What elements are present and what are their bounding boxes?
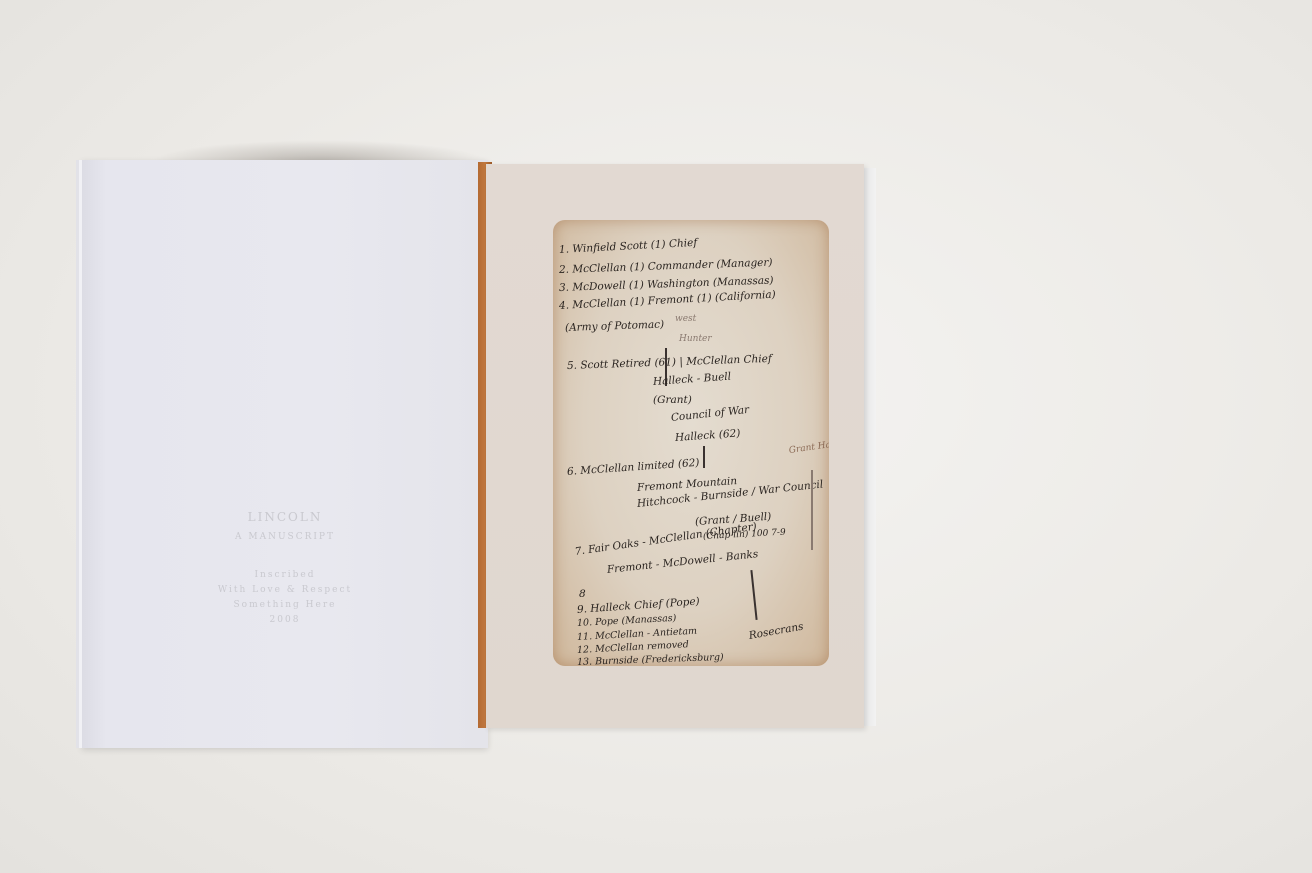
note-line: Fremont - McDowell - Banks [606, 548, 758, 576]
note-annotation: Grant Halleck [788, 437, 829, 456]
ghost-title: LINCOLN [82, 510, 488, 524]
note-line: Hunter [679, 334, 712, 344]
note-line: Rosecrans [748, 621, 804, 642]
ghost-line: With Love & Respect [82, 585, 488, 595]
note-line: 8 [579, 588, 586, 600]
page-shadow [150, 140, 490, 162]
note-line: Council of War [670, 404, 749, 424]
note-line: 5. Scott Retired (61) | McClellan Chief [567, 353, 772, 372]
ghost-line: Something Here [82, 600, 488, 610]
handwritten-note: 1. Winfield Scott (1) Chief 2. McClellan… [553, 220, 829, 666]
note-line: 6. McClellan limited (62) [567, 457, 700, 478]
left-page-blank: LINCOLN A MANUSCRIPT Inscribed With Love… [82, 160, 488, 748]
page-edge [862, 168, 876, 726]
arrow-line [750, 570, 757, 620]
ghost-line: 2008 [82, 615, 488, 625]
note-line: Halleck (62) [675, 427, 741, 444]
ghost-line: Inscribed [82, 570, 488, 580]
note-line: 1. Winfield Scott (1) Chief [559, 237, 698, 256]
arrow-line [811, 470, 813, 550]
note-line: 2. McClellan (1) Commander (Manager) [559, 257, 773, 276]
note-line: (Grant) [653, 394, 692, 406]
arrow-line [703, 446, 705, 468]
ghost-subtitle: A MANUSCRIPT [82, 532, 488, 542]
note-line: (Army of Potomac) [565, 319, 665, 334]
note-line: west [675, 314, 696, 324]
note-line: 9. Halleck Chief (Pope) [577, 595, 701, 616]
